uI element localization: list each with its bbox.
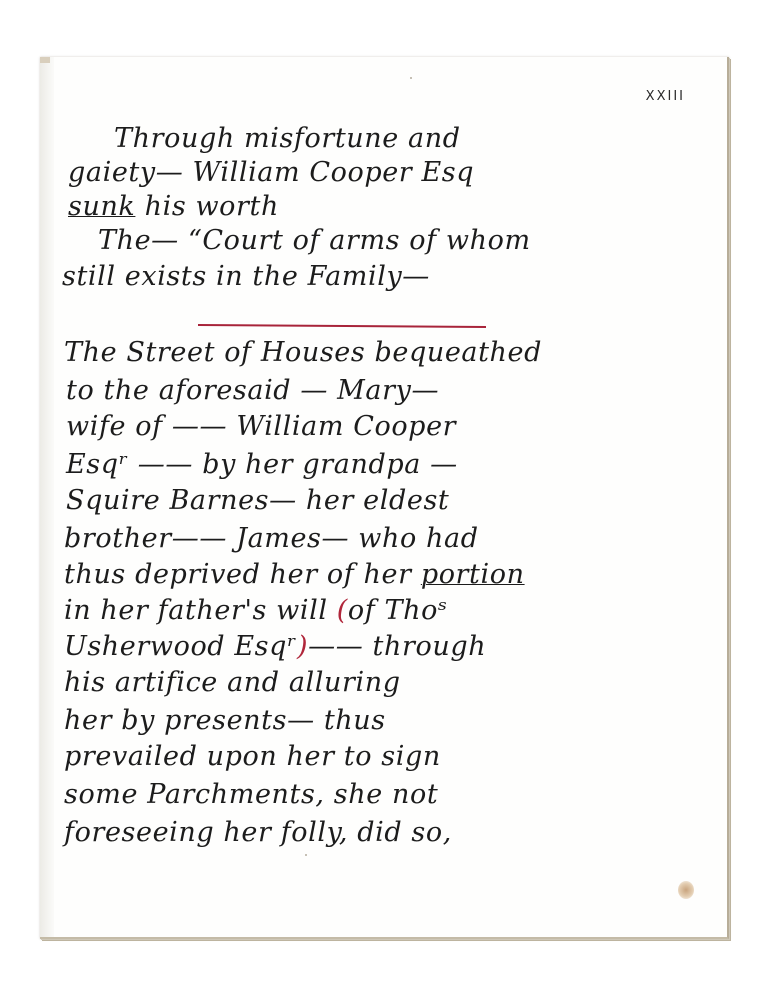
paper-speck <box>305 854 307 856</box>
line-text: in her father's will <box>64 595 337 626</box>
manuscript-line: to the aforesaid — Mary— <box>66 375 766 406</box>
manuscript-line: sunk his worth <box>68 191 768 222</box>
line-text: —— through <box>308 631 486 662</box>
line-text: of Thoˢ <box>348 595 448 626</box>
underlined-word: sunk <box>68 191 135 222</box>
paper-speck <box>410 77 412 79</box>
manuscript-line: Usherwood Esqʳ)—— through <box>64 631 764 662</box>
manuscript-line: her by presents— thus <box>64 705 764 736</box>
line-text: thus deprived her of her <box>64 559 421 590</box>
red-parenthesis-open: ( <box>337 595 348 626</box>
manuscript-line: wife of —— William Cooper <box>66 411 766 442</box>
manuscript-line: still exists in the Family— <box>62 261 762 292</box>
manuscript-line: Esqʳ —— by her grandpa — <box>66 449 766 480</box>
manuscript-line: prevailed upon her to sign <box>64 741 764 772</box>
manuscript-line: brother—— James— who had <box>64 523 764 554</box>
manuscript-line: Through misfortune and <box>114 123 768 154</box>
manuscript-line: Squire Barnes— her eldest <box>66 485 766 516</box>
red-section-divider <box>198 324 486 328</box>
manuscript-page: XXIII Through misfortune and gaiety— Wil… <box>40 57 729 939</box>
foxing-stain <box>678 881 694 899</box>
underlined-word: portion <box>421 559 525 590</box>
manuscript-line: some Parchments, she not <box>64 779 764 810</box>
manuscript-line: in her father's will (of Thoˢ <box>64 595 764 626</box>
manuscript-line: The Street of Houses bequeathed <box>64 337 764 368</box>
manuscript-line: The— “Court of arms of whom <box>98 225 768 256</box>
manuscript-line: gaiety— William Cooper Esq <box>68 157 768 188</box>
line-text: his worth <box>135 191 279 222</box>
page-number: XXIII <box>646 89 685 104</box>
manuscript-line: thus deprived her of her portion <box>64 559 764 590</box>
manuscript-line: his artifice and alluring <box>64 667 764 698</box>
manuscript-line: foreseeing her folly, did so, <box>64 817 764 848</box>
line-text: Usherwood Esqʳ <box>64 631 297 662</box>
red-parenthesis-close: ) <box>297 631 308 662</box>
